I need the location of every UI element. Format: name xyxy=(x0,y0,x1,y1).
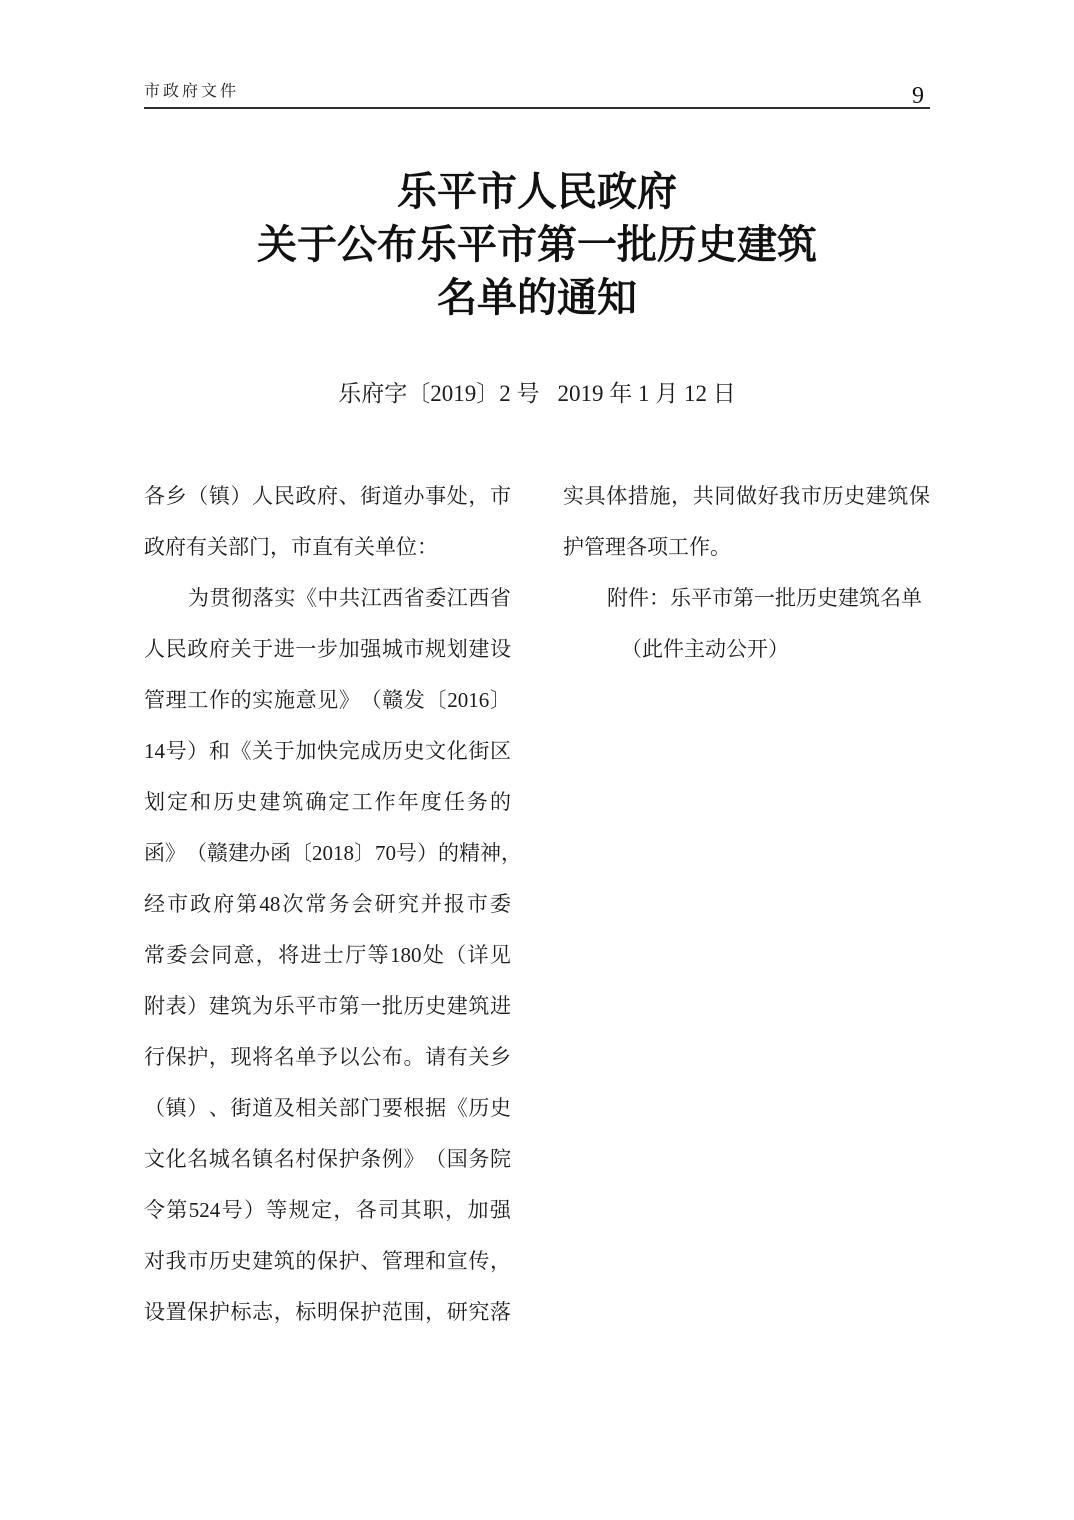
body-line: 对我市历史建筑的保护、管理和宣传， xyxy=(144,1236,511,1287)
body-line: 文化名城名镇名村保护条例》（国务院 xyxy=(144,1134,511,1185)
body-line: 行保护，现将名单予以公布。请有关乡 xyxy=(144,1032,511,1083)
body-line: 令第524号）等规定，各司其职，加强 xyxy=(144,1185,511,1236)
body-line: 各乡（镇）人民政府、街道办事处，市 xyxy=(144,471,511,522)
header-section-label: 市政府文件 xyxy=(144,78,239,105)
document-date: 2019 年 1 月 12 日 xyxy=(558,381,736,406)
body-line: 政府有关部门，市直有关单位： xyxy=(144,522,511,573)
body-line: 附表）建筑为乐平市第一批历史建筑进 xyxy=(144,981,511,1032)
body-line: 人民政府关于进一步加强城市规划建设 xyxy=(144,624,511,675)
body-line: 为贯彻落实《中共江西省委江西省 xyxy=(144,573,511,624)
title-line: 关于公布乐平市第一批历史建筑 xyxy=(144,218,930,271)
body-line: 常委会同意，将进士厅等180处（详见 xyxy=(144,930,511,981)
document-title: 乐平市人民政府 关于公布乐平市第一批历史建筑 名单的通知 xyxy=(144,165,930,324)
body-line: 经市政府第48次常务会研究并报市委 xyxy=(144,879,511,930)
body-line: 护管理各项工作。 xyxy=(563,522,930,573)
running-header: 市政府文件 9 xyxy=(144,78,930,109)
body-line: （镇）、街道及相关部门要根据《历史 xyxy=(144,1083,511,1134)
body-line: 设置保护标志，标明保护范围，研究落 xyxy=(144,1287,511,1338)
body-line: 14号）和《关于加快完成历史文化街区 xyxy=(144,726,511,777)
left-column: 各乡（镇）人民政府、街道办事处，市 政府有关部门，市直有关单位： 为贯彻落实《中… xyxy=(144,471,511,1338)
attachment-line: 附件：乐平市第一批历史建筑名单 xyxy=(563,573,930,624)
body-line: 管理工作的实施意见》（赣发〔2016〕 xyxy=(144,675,511,726)
body-columns: 各乡（镇）人民政府、街道办事处，市 政府有关部门，市直有关单位： 为贯彻落实《中… xyxy=(144,471,930,1338)
body-line: 函》（赣建办函〔2018〕70号）的精神， xyxy=(144,828,511,879)
document-number-line: 乐府字〔2019〕2 号2019 年 1 月 12 日 xyxy=(144,379,930,409)
title-line: 名单的通知 xyxy=(144,271,930,324)
document-page: 市政府文件 9 乐平市人民政府 关于公布乐平市第一批历史建筑 名单的通知 乐府字… xyxy=(0,0,1074,1520)
document-number: 乐府字〔2019〕2 号 xyxy=(338,381,539,406)
body-line: 实具体措施，共同做好我市历史建筑保 xyxy=(563,471,930,522)
right-column: 实具体措施，共同做好我市历史建筑保 护管理各项工作。 附件：乐平市第一批历史建筑… xyxy=(563,471,930,1338)
title-line: 乐平市人民政府 xyxy=(144,165,930,218)
disclosure-line: （此件主动公开） xyxy=(563,624,930,675)
body-line: 划定和历史建筑确定工作年度任务的 xyxy=(144,777,511,828)
page-number: 9 xyxy=(912,84,924,108)
